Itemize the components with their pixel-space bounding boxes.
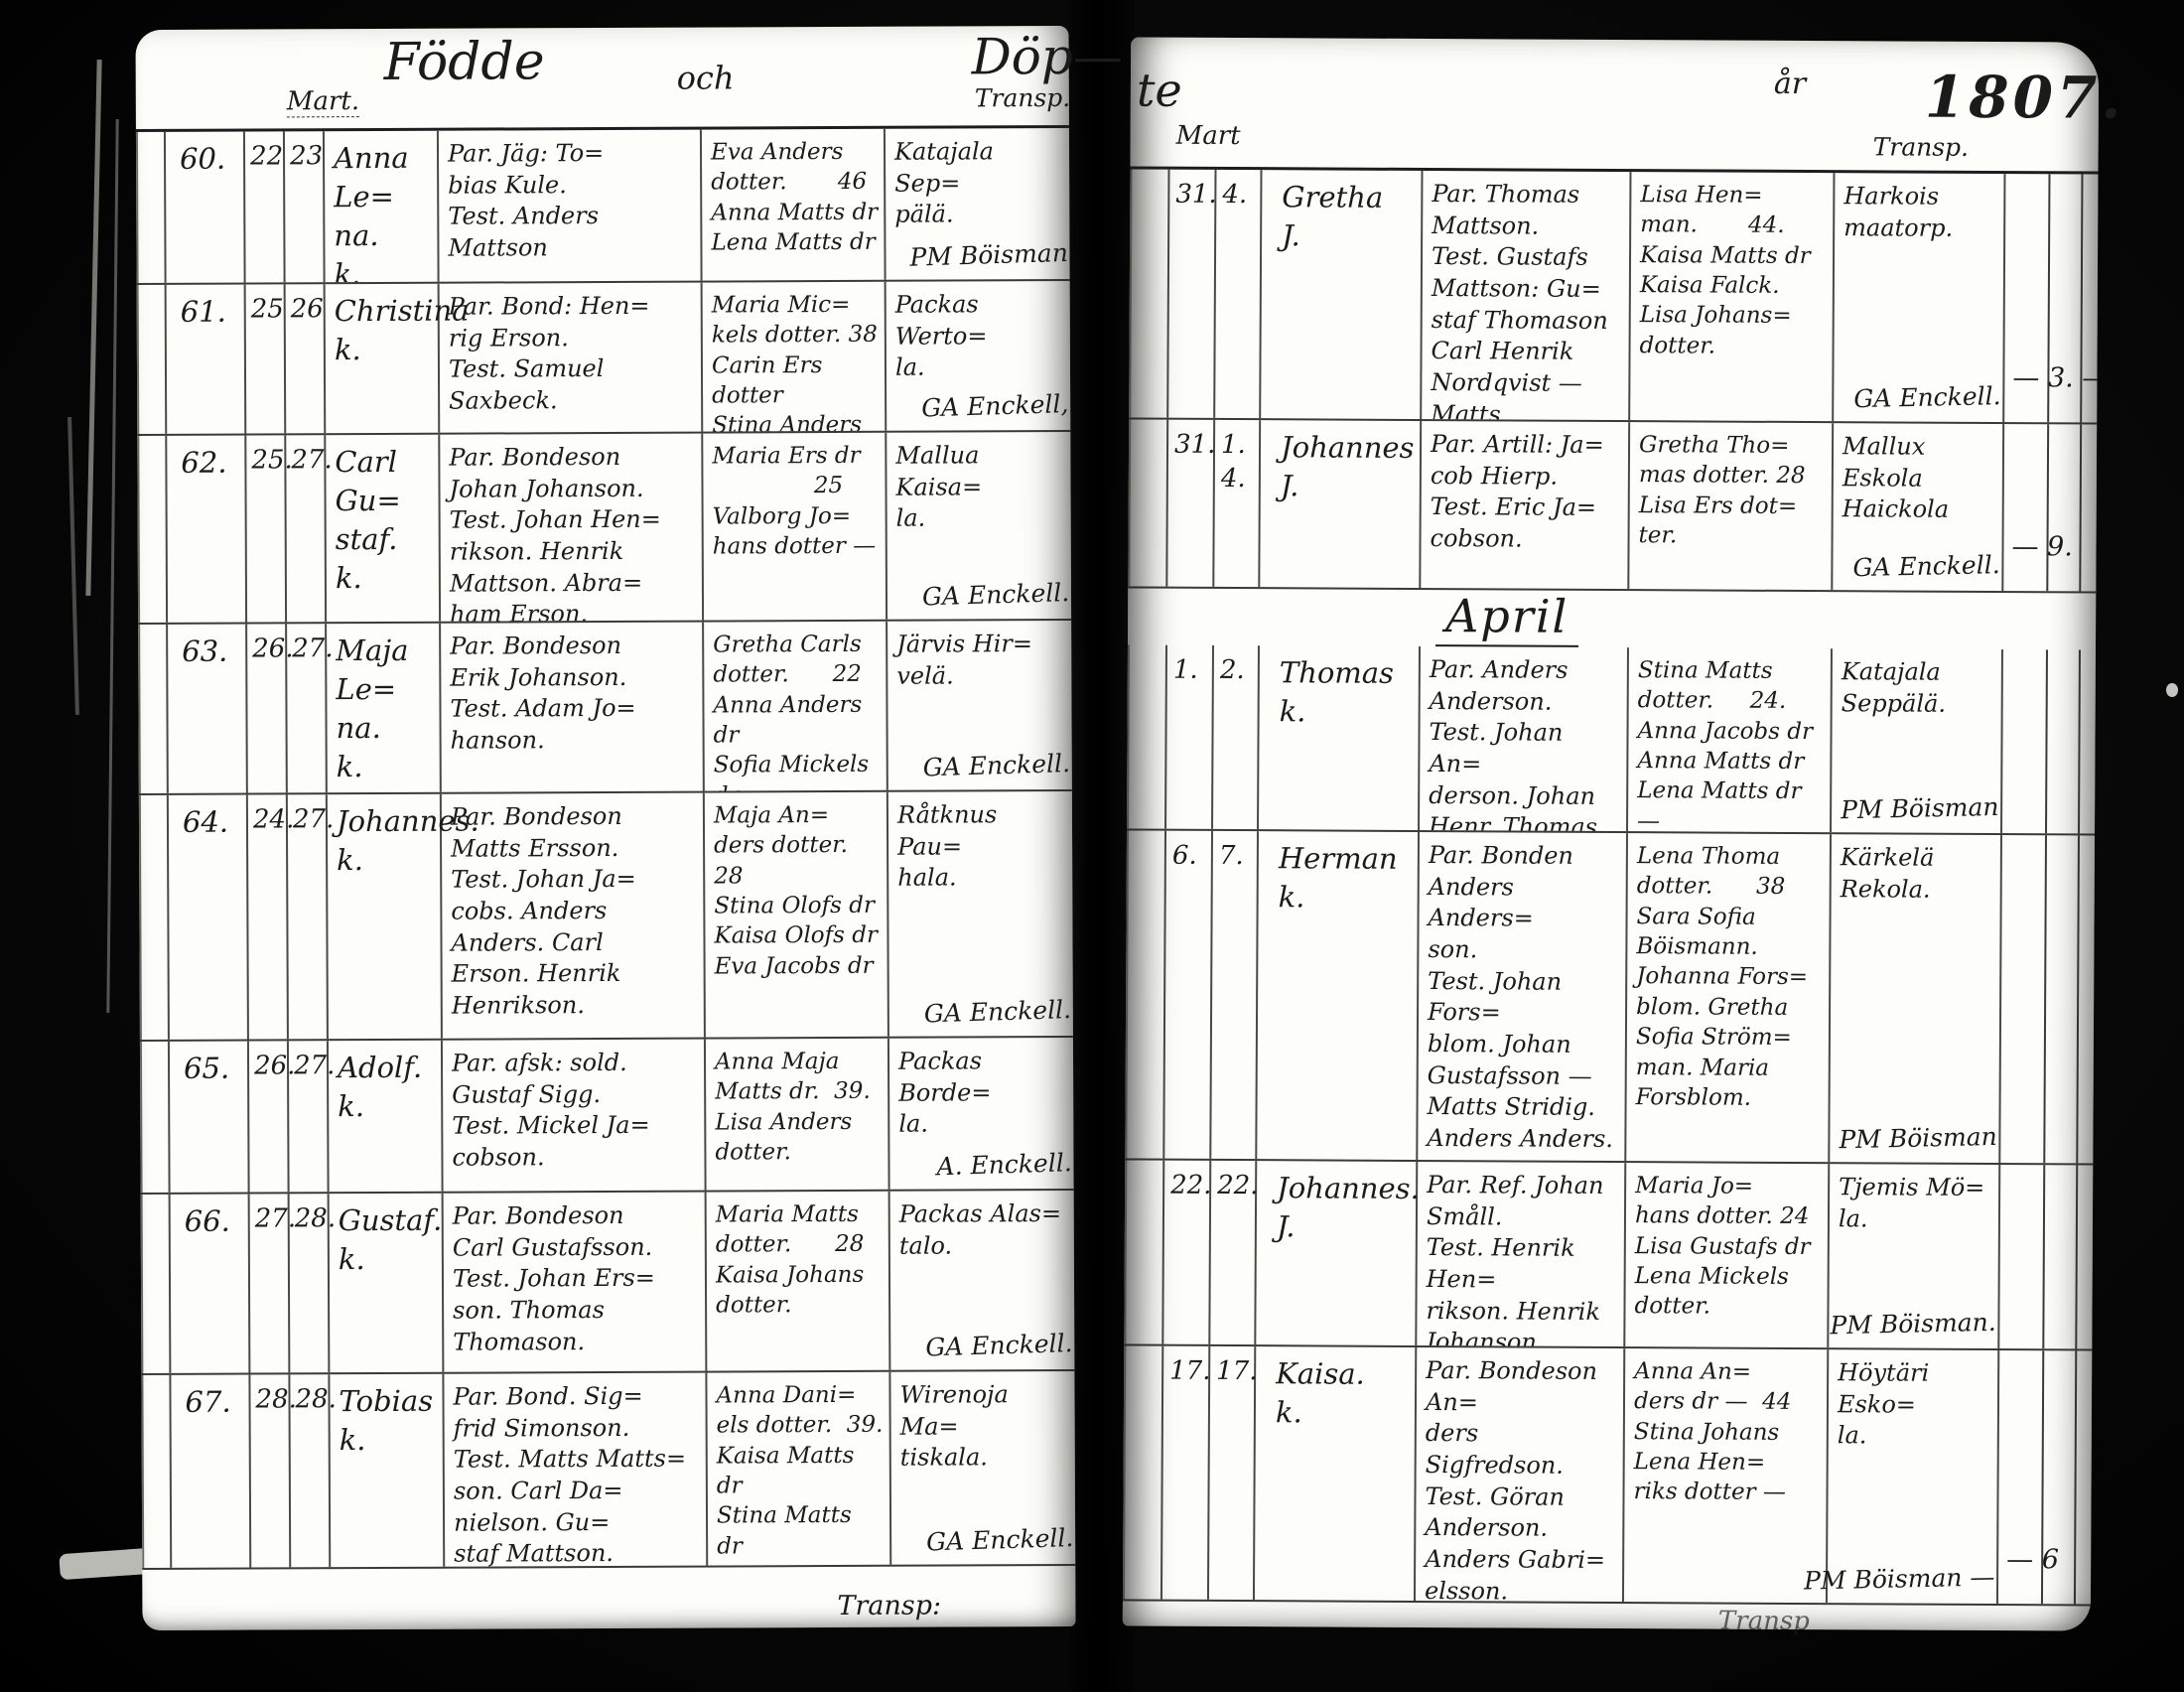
village-cell: Katajala Sep= pälä.PM Böisman [886,128,1070,280]
parents-witnesses: Par. Artill: Ja= cob Hierp. Test. Eric J… [1421,421,1630,589]
village: Tjemis Mö= la. [1839,1172,1992,1235]
register-row: 63. 26. 27. Maja Le= na. k. Par. Bondeso… [138,621,1072,795]
tally-mark [2000,1137,2008,1163]
baptism-date: 2. [1213,645,1260,829]
godmothers: Gretha Carls dotter. 22 Anna Anders dr S… [704,622,888,791]
birth-date: 25 [246,284,287,433]
register-row: 67. 28. 28. Tobias k. Par. Bond. Sig= fr… [141,1371,1075,1570]
priest-signature: GA Enckell, [920,387,1068,425]
scan-artifact [2166,683,2178,697]
child-name: Johannes. k. [328,794,443,1039]
priest-signature: GA Enckell. [1852,548,2000,584]
binding-margin [138,625,169,793]
right-page-header: te år 1807. Transp. Mart [1130,37,2099,174]
village-cell: Höytäri Esko= la.PM Böisman — [1828,1349,1999,1604]
priest-signature: A. Enckell. [936,1146,1072,1183]
entry-number: 63. [168,625,248,793]
baptism-date: 27. [289,1041,330,1192]
village: Packas Borde= la. [898,1046,1067,1141]
tally-mark [2002,807,2010,833]
baptism-date: 27. [286,435,327,622]
birth-date: 22 [245,131,286,282]
entry-number: 64. [169,795,249,1040]
parents-witnesses: Par. Bondeson Carl Gustafsson. Test. Joh… [444,1193,708,1372]
village-cell: Packas Borde= la.A. Enckell. [889,1038,1074,1190]
binding-margin [141,1375,172,1568]
parents-witnesses: Par. Ref. Johan Småll. Test. Henrik Hen=… [1417,1162,1626,1346]
entry-number: 66. [171,1195,251,1373]
village-cell: Wirenoja Ma= tiskala.GA Enckell. [890,1371,1075,1565]
parents-witnesses: Par. Thomas Mattson. Test. Gustafs Matts… [1422,171,1631,420]
village: Packas Alas= talo. [899,1198,1068,1262]
register-row: 31. 1. 4. Johannes J. Par. Artill: Ja= c… [1128,419,2097,593]
binding-margin [1128,419,1168,586]
tally-column [2002,649,2096,833]
month-label-left: Mart. [287,86,359,117]
godmothers: Anna Maja Matts dr. 39. Lisa Anders dott… [706,1039,890,1191]
binding-margin [1125,830,1166,1158]
parents-witnesses: Par. Bonden Anders Anders= son. Test. Jo… [1418,832,1628,1161]
village: Packas Werto= la. [895,289,1064,384]
title-dopte-part1: Döp— [971,28,1122,86]
godmothers: Maria Ers dr 25 Valborg Jo= hans dotter … [703,433,887,621]
tally-mark: — 9. [2003,529,2073,591]
village: Harkois maatorp. [1843,181,1997,244]
village: Katajala Seppälä. [1842,656,1995,720]
godmothers: Lena Thoma dotter. 38 Sara Sofia Böisman… [1626,833,1832,1162]
binding-margin [1129,169,1169,417]
register-row: 17. 17. Kaisa. k. Par. Bondeson An= ders… [1123,1345,2092,1606]
tally-mark: — 3. — [2004,360,2098,422]
register-row: 62. 25. 27. Carl Gu= staf. k. Par. Bonde… [137,432,1071,625]
priest-signature: PM Böisman [1839,1120,1997,1156]
tally-column: — 9. [2003,424,2097,591]
left-page: Födde och Döp— Mart. Transp. 60. 22 23 A… [135,26,1075,1630]
year-value: 1807. [1925,64,2125,132]
village: Järvis Hir= velä. [896,629,1065,692]
godmothers: Gretha Tho= mas dotter. 28 Lisa Ers dot=… [1629,422,1834,590]
month-label-right: Mart [1176,121,1241,151]
binding-margin [140,1042,171,1193]
village: Höytäri Esko= la. [1838,1357,1991,1453]
village: Råtknus Pau= hala. [897,799,1066,895]
birth-date: 24. [248,794,289,1039]
godmothers: Lisa Hen= man. 44. Kaisa Matts dr Kaisa … [1630,172,1835,421]
godmothers: Eva Anders dotter. 46 Anna Matts dr Lena… [702,129,887,281]
parents-witnesses: Par. afsk: sold. Gustaf Sigg. Test. Mick… [443,1040,707,1192]
village: Wirenoja Ma= tiskala. [899,1379,1068,1475]
register-row: 1. 2. Thomas k. Par. Anders Anderson. Te… [1127,644,2096,835]
child-name: Gretha J. [1261,170,1423,419]
child-name: Tobias k. [330,1374,445,1567]
birth-date: 26. [249,1041,290,1192]
child-name: Thomas k. [1259,645,1421,830]
priest-signature: GA Enckell. [925,1327,1073,1364]
birth-date: 28. [250,1374,291,1567]
birth-date: 17. [1162,1346,1210,1600]
binding-margin [137,436,168,623]
godmothers: Anna Dani= els dotter. 39. Kaisa Matts d… [707,1372,891,1566]
birth-date: 1. [1166,645,1214,829]
parents-witnesses: Par. Bond. Sig= frid Simonson. Test. Mat… [444,1373,708,1567]
tally-column: — 3. — [2004,174,2098,422]
transport-sum-right: Transp [1718,1607,1810,1636]
section-header-row: April [1128,588,2096,649]
transport-note-left: Transp. [975,83,1071,112]
birth-date: 25. [246,435,287,622]
entry-number: 67. [171,1375,251,1568]
village-cell: Packas Werto= la.GA Enckell, [887,281,1071,431]
transport-sum-left: Transp: [837,1591,941,1621]
baptism-date: 26 [286,284,327,433]
baptism-date: 4. [1215,170,1262,418]
child-name: Maja Le= na. k. [327,624,442,793]
child-name: Carl Gu= staf. k. [326,435,441,622]
village-cell: Mallux Eskola HaickolaGA Enckell. [1833,423,2004,591]
binding-margin [1127,644,1167,828]
child-name: Adolf. k. [329,1041,444,1193]
parents-witnesses: Par. Bondeson Matts Ersson. Test. Johan … [442,793,706,1039]
binding-margin [141,1195,172,1373]
godmothers: Maria Mic= kels dotter. 38 Carin Ers dot… [703,282,887,432]
godmothers: Stina Matts dotter. 24. Anna Jacobs dr A… [1628,647,1833,832]
village-cell: Tjemis Mö= la.PM Böisman. [1829,1164,2000,1348]
parents-witnesses: Par. Bondeson An= ders Sigfredson. Test.… [1416,1347,1625,1602]
title-dopte-part2: te [1137,63,1182,116]
binding-margin [139,795,170,1040]
binding-margin [136,132,167,283]
priest-signature: GA Enckell. [921,576,1069,614]
baptism-date: 7. [1211,831,1259,1159]
tally-column [2000,835,2095,1163]
parents-witnesses: Par. Bondeson Erik Johanson. Test. Adam … [441,623,705,792]
priest-signature: GA Enckell. [1853,379,2001,415]
register-scan: Födde och Döp— Mart. Transp. 60. 22 23 A… [0,0,2184,1692]
binding-margin [1124,1160,1164,1343]
register-row: 22. 22. Johannes. J. Par. Ref. Johan Små… [1124,1160,2093,1350]
register-row: 64. 24. 27. Johannes. k. Par. Bondeson M… [139,791,1073,1042]
entry-number: 60. [166,132,246,283]
village-cell: Järvis Hir= velä.GA Enckell. [887,621,1072,790]
register-row: 66. 27. 28. Gustaf. k. Par. Bondeson Car… [141,1191,1075,1375]
child-name: Anna Le= na. k. [325,131,440,283]
baptism-date: 27. [287,624,328,792]
binding-margin [137,285,168,434]
birth-date: 26. [247,624,288,792]
transport-note-right: Transp. [1873,132,1970,162]
village-cell: Kärkelä Rekola.PM Böisman [1830,834,2002,1163]
baptism-date: 1. 4. [1214,420,1261,587]
village-cell: Packas Alas= talo.GA Enckell. [890,1191,1075,1370]
month-section-april: April [1435,589,1578,648]
baptism-date: 27. [288,794,329,1039]
village: Mallua Kaisa= la. [895,440,1064,535]
child-name: Christina k. [326,284,441,434]
village: Kärkelä Rekola. [1841,842,1994,906]
right-page: te år 1807. Transp. Mart 31. 4. Gretha J… [1123,37,2099,1630]
child-name: Herman k. [1257,831,1420,1160]
priest-signature: PM Böisman — [1803,1561,1994,1598]
village-cell: Harkois maatorp.GA Enckell. [1834,173,2005,422]
priest-signature: PM Böisman [909,236,1068,274]
child-name: Johannes J. [1260,420,1422,588]
baptism-date: 28. [290,1374,331,1567]
birth-date: 31. [1168,170,1216,418]
parents-witnesses: Par. Bond: Hen= rig Erson. Test. Samuel … [440,283,704,433]
entry-number: 62. [167,436,247,623]
parents-witnesses: Par. Jäg: To= bias Kule. Test. Anders Ma… [439,130,703,282]
year-label: år [1774,67,1806,101]
title-fodde: Födde [384,32,545,92]
baptism-date: 22. [1210,1161,1257,1344]
tally-mark [1999,1323,2007,1348]
baptism-date: 23 [285,131,326,282]
right-register-table: 31. 4. Gretha J. Par. Thomas Mattson. Te… [1123,169,2099,1606]
birth-date: 22. [1163,1161,1211,1344]
godmothers: Anna An= ders dr — 44 Stina Johans Lena … [1624,1348,1829,1603]
godmothers: Maria Matts dotter. 28 Kaisa Johans dott… [707,1192,891,1371]
scan-artifact [85,60,101,596]
godmothers: Maja An= ders dotter. 28 Stina Olofs dr … [705,792,889,1038]
birth-date: 27. [250,1194,291,1372]
binding-margin [1123,1345,1163,1599]
tally-mark: — 6 [1998,1542,2059,1604]
entry-number: 65. [170,1042,250,1193]
scan-artifact [68,417,79,715]
register-row: 65. 26. 27. Adolf. k. Par. afsk: sold. G… [140,1038,1074,1195]
scan-artifact [106,119,118,1013]
register-row: 31. 4. Gretha J. Par. Thomas Mattson. Te… [1129,169,2098,424]
priest-signature: PM Böisman [1840,790,1998,826]
parents-witnesses: Par. Bondeson Johan Johanson. Test. Joha… [440,434,704,622]
title-och: och [677,59,735,96]
child-name: Gustaf. k. [330,1194,445,1373]
child-name: Johannes. J. [1256,1161,1418,1345]
parents-witnesses: Par. Anders Anderson. Test. Johan An= de… [1420,646,1629,831]
village-cell: Katajala Seppälä.PM Böisman [1832,648,2003,833]
village-cell: Mallua Kaisa= la.GA Enckell. [887,432,1071,620]
register-row: 61. 25 26 Christina k. Par. Bond: Hen= r… [137,281,1071,436]
tally-column: — 6 [1998,1350,2092,1604]
left-page-header: Födde och Döp— Mart. Transp. [135,26,1068,132]
left-register-table: 60. 22 23 Anna Le= na. k. Par. Jäg: To= … [136,128,1075,1570]
priest-signature: GA Enckell. [923,993,1071,1031]
priest-signature: GA Enckell. [922,747,1070,784]
village: Mallux Eskola Haickola [1843,431,1996,526]
baptism-date: 28. [290,1194,331,1372]
tally-column [1999,1165,2093,1348]
priest-signature: PM Böisman. [1830,1306,1996,1341]
baptism-date: 17. [1209,1346,1256,1600]
village-cell: Råtknus Pau= hala.GA Enckell. [888,791,1073,1037]
birth-date: 31. [1167,420,1215,587]
child-name: Kaisa. k. [1255,1346,1417,1601]
register-row: 6. 7. Herman k. Par. Bonden Anders Ander… [1125,830,2095,1165]
priest-signature: GA Enckell. [925,1521,1073,1559]
godmothers: Maria Jo= hans dotter. 24 Lisa Gustafs d… [1625,1163,1830,1347]
register-row: 60. 22 23 Anna Le= na. k. Par. Jäg: To= … [136,128,1070,285]
entry-number: 61. [167,285,247,434]
birth-date: 6. [1164,831,1213,1159]
village: Katajala Sep= pälä. [894,136,1063,231]
